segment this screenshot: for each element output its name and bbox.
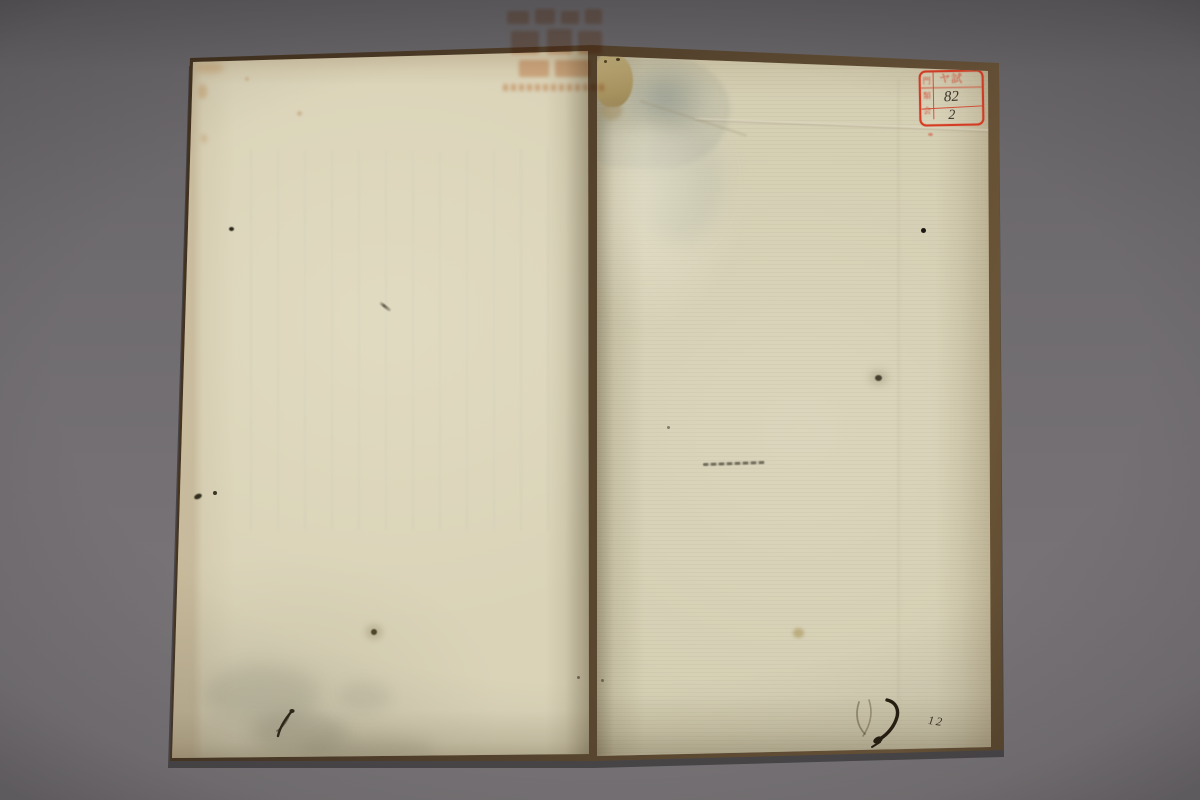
glue-repair-patch — [600, 100, 622, 120]
foxing-spot — [201, 134, 207, 143]
label-accession-number: 82 — [921, 86, 983, 109]
ink-speck — [601, 679, 604, 682]
bleed-through-columns — [250, 150, 550, 530]
handwritten-corner-mark: 12 — [927, 713, 945, 730]
watermark-glyph — [547, 29, 572, 54]
ink-spot — [371, 629, 377, 635]
glue-speck — [616, 58, 620, 61]
foxing-spot — [198, 84, 207, 99]
photo-canvas: 門 類 会 ヤ試 82 2 12 — [0, 0, 1200, 800]
foxing-spot — [297, 111, 302, 116]
red-ink-speck — [928, 133, 933, 136]
foxing-spot — [245, 77, 249, 81]
watermark-glyph — [561, 11, 579, 24]
paper-highlight-patch — [600, 128, 745, 333]
library-label: 門 類 会 ヤ試 82 2 — [919, 69, 985, 126]
ink-speck — [667, 426, 670, 429]
watermark-glyph — [555, 60, 590, 77]
ink-dot — [921, 228, 926, 233]
brush-marks — [845, 692, 965, 754]
digitization-watermark — [502, 4, 608, 97]
watermark-glyph — [511, 31, 539, 54]
watermark-glyph — [585, 9, 602, 24]
ink-smear — [703, 461, 765, 466]
watermark-glyph — [578, 31, 602, 54]
watermark-glyph — [535, 9, 555, 24]
foxing-spot — [196, 63, 224, 73]
ink-dot — [193, 493, 202, 501]
paper-fold-line — [898, 80, 901, 730]
ink-speck — [577, 676, 580, 679]
ink-dot — [229, 227, 234, 231]
gray-smudge — [338, 682, 390, 712]
ink-squiggle — [268, 700, 302, 742]
watermark-glyph — [519, 60, 549, 77]
watermark-url-text — [503, 84, 607, 91]
ink-spot — [875, 375, 882, 381]
watermark-glyph — [507, 11, 529, 24]
ink-dot — [213, 491, 217, 495]
foxing-spot — [793, 628, 804, 638]
